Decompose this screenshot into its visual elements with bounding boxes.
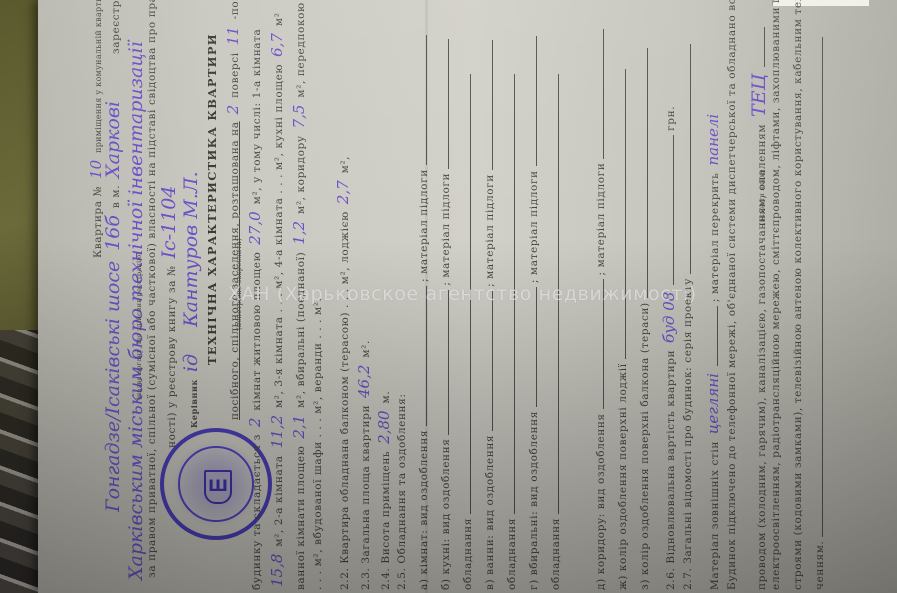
city-value: Харкові [102, 98, 124, 181]
text: обладнання [462, 518, 474, 590]
text: м², передпокою [295, 2, 307, 97]
head-signature: ід [180, 351, 202, 375]
blank-field [625, 69, 626, 359]
kitchen-value: 6,7 [268, 30, 286, 60]
blank-field [764, 27, 765, 67]
blank-field [448, 39, 449, 169]
room1-value: 15,8 [268, 551, 286, 590]
street-value: Гонгадзе/Ісаківські шосе [102, 258, 124, 515]
text: обладнання [506, 518, 518, 590]
blank-field [492, 291, 493, 431]
text: -поверхового [229, 0, 241, 19]
tech-line-20: 2.6. Відновлювальна вартість квартири бу… [660, 106, 678, 590]
tech-line-1: посібного, спільного заселення, розташов… [224, 0, 242, 420]
wc-value: 1,2 [290, 218, 308, 248]
text: грн. [665, 106, 677, 131]
tech-line-10: а) кімнат: вид оздоблення ; матеріал під… [418, 35, 430, 590]
tech-line-17: д) коридору: вид оздоблення ; матеріал п… [595, 29, 607, 590]
trident-emblem-icon: Ш [204, 470, 232, 504]
text: м², у тому числі: 1-а кімната [251, 29, 263, 205]
tech-line-13: в) ванни: вид оздоблення ; матеріал підл… [484, 40, 496, 590]
text: ; матеріал перекрить [709, 172, 721, 302]
tech-line-22: Матеріал зовнішніх стін цегляні ; матері… [704, 111, 722, 590]
text: 2.2. Квартира обладнана балконом (терасо… [339, 211, 351, 590]
registered-text: зареєстрована (ний) [110, 0, 122, 94]
registry-line: ності) у реєстрову книгу за № Іс-1104 [158, 183, 180, 448]
corridor-value: 7,5 [290, 102, 308, 132]
text: ; матеріал підлоги [484, 174, 496, 287]
text: кімнат житловою площею [251, 252, 263, 411]
head-name: Кантуров М.Л. [180, 168, 202, 347]
tech-line-18: ж) колір оздоблення поверхні лоджії [617, 69, 629, 590]
living-area-value: 27,0 [246, 208, 264, 247]
text: м². [360, 340, 372, 358]
blank-field [690, 44, 691, 274]
bath-value: 2,1 [290, 412, 308, 442]
text: 2.4. Висота приміщень [380, 451, 392, 590]
blank-field [536, 36, 537, 166]
agency-watermark: ХАН (Харьковское агентство недвижимості) [228, 283, 697, 305]
walls-material-value: цегляні [704, 370, 722, 437]
floor-value: 2 [224, 102, 242, 118]
tech-line-9: 2.5. Обладнання та оздоблення: [396, 393, 408, 590]
tech-line-26: строями (кодовими замками), телевізійною… [792, 0, 804, 590]
tech-line-14: обладнання [506, 74, 518, 590]
text: г) вбиральні: вид оздоблення [528, 411, 540, 590]
ownership-line: за правом приватної, спільної (сумісної … [146, 0, 158, 578]
head-label: Керівник [189, 379, 199, 428]
tech-line-24: проводом (холодним, гарячим), каналізаці… [748, 27, 770, 590]
text: 2.3. Загальна площа квартири [360, 405, 372, 590]
floors-value: 11 [224, 23, 242, 48]
tech-line-19: з) колір оздоблення поверхні балкона (те… [639, 48, 651, 590]
blank-field [673, 135, 674, 285]
text: ; матеріал підлоги [595, 163, 607, 276]
text: Матеріал зовнішніх стін [709, 441, 721, 590]
blank-field [647, 48, 648, 298]
total-area-value: 46,2 [355, 362, 373, 401]
head-line: Керівник ід Кантуров М.Л. [180, 168, 202, 428]
height-value: 2,80 [375, 407, 393, 446]
tech-line-12: обладнання [462, 74, 474, 590]
tech-line-7: 2.3. Загальна площа квартири 46,2 м². [355, 340, 373, 590]
text: м. [380, 391, 392, 404]
text: а) кімнат: вид оздоблення [418, 430, 430, 590]
tech-line-25: електроосвітленням, радіотрансляційною м… [770, 0, 782, 590]
rooms-value: 2 [246, 415, 264, 431]
text: 2.6. Відновлювальна вартість квартири [665, 350, 677, 590]
tech-line-11: б) кухні: вид оздоблення ; матеріал підл… [440, 39, 452, 590]
tech-line-6: 2.2. Квартира обладнана балконом (терасо… [334, 156, 352, 590]
text: ; матеріал підлоги [418, 169, 430, 282]
text: б) кухні: вид оздоблення [440, 439, 452, 590]
text: ж) колір оздоблення поверхні лоджії [617, 363, 629, 590]
registrar-hint: (назва органу, що здійснив реєстрацію) [135, 252, 143, 400]
registry-number: Іс-1104 [158, 183, 180, 262]
text: будинку та складається з [251, 434, 263, 590]
text: ; матеріал підлоги [440, 173, 452, 286]
tech-line-24-hint: (вказати яким) [758, 169, 766, 225]
text: м² [273, 12, 285, 26]
tech-line-5: . . . м², вбудованої шафи . . . м², вера… [312, 297, 324, 590]
text: м², 2-а кімната [273, 455, 285, 546]
page-corner [772, 0, 869, 6]
text: ; матеріал підлоги [528, 170, 540, 283]
text: поверсі [229, 52, 241, 98]
text: м², 3-я кімната . . . м², 4-а кімната . … [273, 64, 285, 408]
text: м², коридору [295, 135, 307, 214]
text: обладнання [550, 518, 562, 590]
tech-line-16: обладнання [550, 74, 562, 590]
text: 2.7. Загальні відомості про будинок: сер… [682, 278, 694, 590]
city-prefix: в м. [110, 185, 122, 208]
tech-line-23: Будинок підключено до телефонної мережі,… [726, 0, 738, 590]
ownership-text: за правом приватної, спільної (сумісної … [146, 0, 158, 578]
loggia-value: 2,7 [334, 177, 352, 207]
text: з) колір оздоблення поверхні балкона (те… [639, 302, 651, 590]
tech-line-21: 2.7. Загальні відомості про будинок: сер… [682, 44, 694, 590]
text: м², [339, 156, 351, 174]
street-line: Гонгадзе/Ісаківські шосе 16б в м. Харков… [102, 0, 124, 515]
text: д) коридору: вид оздоблення [595, 413, 607, 590]
blank-field [426, 286, 427, 426]
section-title: ТЕХНІЧНА ХАРАКТЕРИСТИКА КВАРТИРИ [205, 33, 219, 365]
text: в) ванни: вид оздоблення [484, 435, 496, 590]
text: м², вбиральні (поєднаної) [295, 252, 307, 408]
tech-line-15: г) вбиральні: вид оздоблення ; матеріал … [528, 36, 540, 590]
tech-line-27: ченням. [814, 37, 826, 590]
blank-field [822, 37, 823, 537]
blank-field [448, 290, 449, 435]
tech-line-2: будинку та складається з 2 кімнат житлов… [246, 29, 264, 590]
room2-value: 11,2 [268, 412, 286, 451]
house-number: 16б [102, 212, 124, 254]
blank-field [717, 306, 718, 366]
blank-field [603, 29, 604, 159]
blank-field [426, 35, 427, 165]
text: ченням. [814, 541, 826, 590]
tech-line-8: 2.4. Висота приміщень 2,80 м. [375, 391, 393, 590]
blank-field [492, 40, 493, 170]
text: ванної кімнати площею [295, 446, 307, 590]
registry-text: ності) у реєстрову книгу за № [166, 265, 178, 448]
blank-field [536, 287, 537, 407]
heating-value: ТЕЦ [748, 71, 770, 120]
floors-material-value: панелі [704, 111, 722, 169]
